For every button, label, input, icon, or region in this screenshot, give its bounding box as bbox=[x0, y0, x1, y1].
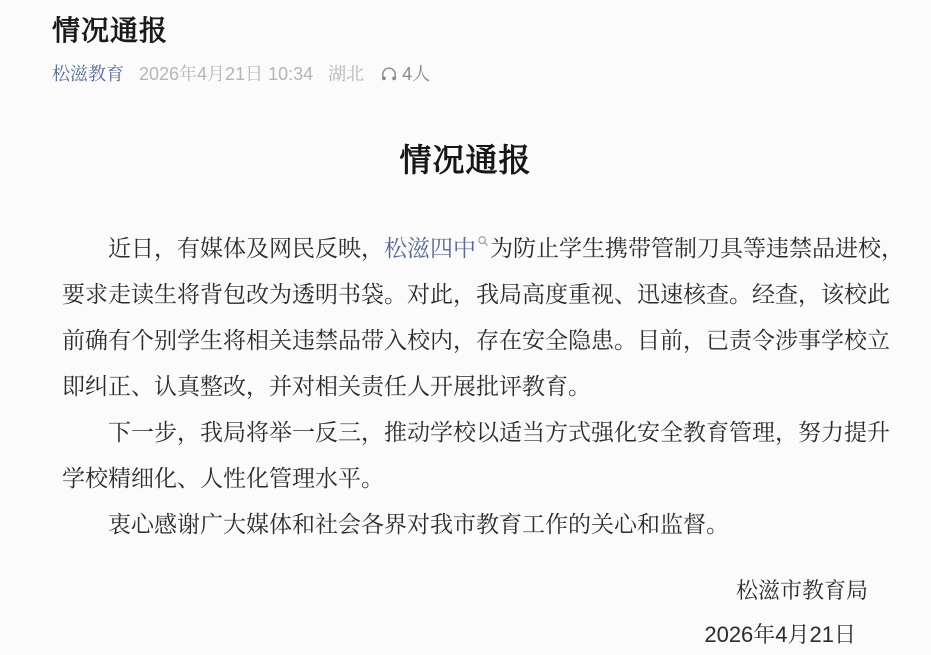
paragraph2-line1: 下一步，我局将举一反三，推动学校以适当方式强化安全教育管理，努力提升 bbox=[62, 409, 930, 455]
article-body: 近日，有媒体及网民反映，松滋四中为防止学生携带管制刀具等违禁品进校， 要求走读生… bbox=[62, 225, 930, 547]
signature-block: 松滋市教育局 2026年4月21日 bbox=[0, 569, 931, 655]
paragraph1-line1: 近日，有媒体及网民反映，松滋四中为防止学生携带管制刀具等违禁品进校， bbox=[62, 225, 930, 271]
listen-count: 4人 bbox=[402, 63, 430, 85]
article-header: 情况通报 松滋教育 2026年4月21日 10:34 湖北 4人 bbox=[0, 0, 931, 85]
listen-count-button[interactable]: 4人 bbox=[380, 63, 430, 85]
paragraph2-line2: 学校精细化、人性化管理水平。 bbox=[62, 455, 930, 501]
paragraph1-line2: 要求走读生将背包改为透明书袋。对此，我局高度重视、迅速核查。经查，该校此 bbox=[62, 271, 930, 317]
article-meta: 松滋教育 2026年4月21日 10:34 湖北 4人 bbox=[52, 63, 931, 85]
publish-datetime: 2026年4月21日 10:34 bbox=[139, 63, 313, 85]
search-icon bbox=[477, 235, 489, 247]
paragraph1-line3: 前确有个别学生将相关违禁品带入校内，存在安全隐患。目前，已责令涉事学校立 bbox=[62, 317, 930, 363]
paragraph1-line4: 即纠正、认真整改，并对相关责任人开展批评教育。 bbox=[62, 363, 930, 409]
school-link-label: 松滋四中 bbox=[384, 235, 476, 261]
article-page: 情况通报 松滋教育 2026年4月21日 10:34 湖北 4人 情况通报 近日… bbox=[0, 0, 931, 655]
p1l1-post-text: 为防止学生携带管制刀具等违禁品进校， bbox=[490, 235, 904, 261]
page-title: 情况通报 bbox=[52, 14, 931, 48]
school-search-link[interactable]: 松滋四中 bbox=[384, 235, 490, 261]
p1l1-pre-text: 近日，有媒体及网民反映， bbox=[108, 235, 384, 261]
article-title: 情况通报 bbox=[0, 141, 931, 179]
paragraph3-line1: 衷心感谢广大媒体和社会各界对我市教育工作的关心和监督。 bbox=[62, 501, 930, 547]
headphones-icon bbox=[380, 66, 398, 82]
account-name-link[interactable]: 松滋教育 bbox=[52, 63, 124, 85]
signature-date-line: 2026年4月21日 bbox=[0, 613, 868, 655]
publish-location: 湖北 bbox=[328, 63, 364, 85]
signature-date: 2026年4月21日 bbox=[704, 622, 856, 647]
signature-agency: 松滋市教育局 bbox=[0, 569, 868, 613]
